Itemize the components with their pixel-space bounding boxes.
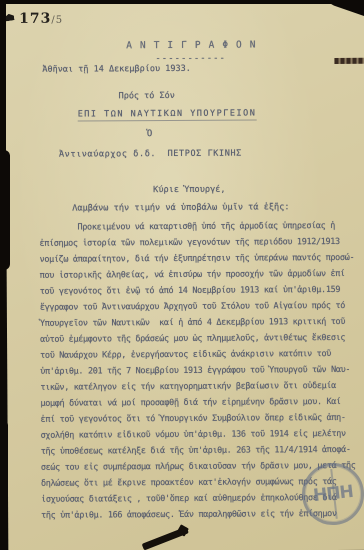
- document-text-line: ἔγγραφον τοῦ Ἀντιναυάρχου Ἀρχηγοῦ τοῦ Στ…: [40, 298, 358, 316]
- dateline: Ἀθῆναι τῇ 14 Δεκεμβρίου 1933.: [42, 64, 190, 75]
- scan-edge-left-blob: [0, 420, 8, 530]
- document-text-line: Ὑπουργεῖον τῶν Ναυτικῶν καί ἡ ἀπό 4 Δεκε…: [40, 314, 358, 332]
- document-text-line: μομφή δύναται νά μοί προσαφθῇ διά τήν εἰ…: [40, 394, 358, 412]
- scan-edge-top: [0, 0, 364, 4]
- reference-number-main: 173: [19, 11, 51, 27]
- reference-number: 173/5: [19, 11, 63, 27]
- sender-name: Ἀντιναύαρχος δ.δ. ΠΕΤΡΟΣ ΓΚΙΝΗΣ: [59, 149, 242, 160]
- document-text-line: τικῶν, κατέληγον εἰς τήν κατηγορηματικήν…: [40, 378, 358, 396]
- recipient-intro: Πρός τό Σόν: [119, 91, 175, 101]
- document-text-line: ἐπί τοῦ γεγονότος ὅτι τό Ὑπουργικόν Συμβ…: [40, 410, 358, 428]
- document-text-line: τοῦ Ναυάρχου Κέρρ, ἐνεργήσαντος εἰδικῶς …: [40, 346, 358, 364]
- document-title: ΑΝΤΙΓΡΑΦΟΝ: [126, 39, 263, 51]
- document-text-line: Προκειμένου νά καταρτισθῇ ὑπό τῆς ἁρμοδί…: [39, 218, 357, 236]
- document-text-line: νομίζω ἀπαραίτητον, διά τήν ἐξυπηρέτησιν…: [40, 250, 358, 268]
- right-margin-tape-mark: [334, 58, 364, 64]
- scan-edge-left-blob: [0, 150, 10, 270]
- archive-seal-monogram: ΗΠΗ: [312, 482, 354, 506]
- document-text-line: ὑπ'ἀριθμ. 201 τῆς 7 Νοεμβρίου 1913 ἐγγρά…: [40, 362, 358, 380]
- recipient-ministry: ΕΠΙ ΤΩΝ ΝΑΥΤΙΚΩΝ ΥΠΟΥΡΓΕΙΟΝ: [78, 108, 257, 121]
- document-text-line: σχολήθη κατόπιν εἰδικοῦ νόμου ὑπ'ἀριθμ. …: [41, 426, 359, 444]
- document-text-line: που ἱστορικῆς ἀληθείας, νά ἐπισύρω τήν π…: [40, 266, 358, 284]
- opening-line: Λαμβάνω τήν τιμήν νά ὑποβάλω ὑμῖν τά ἑξῆ…: [72, 202, 289, 213]
- document-text-line: αὐτοῦ ἐμέμφοντο τῆς δράσεώς μου ὡς πλημμ…: [40, 330, 358, 348]
- document-text-line: τοῦ γεγονότος ὅτι ἐνῷ τό ἀπό 14 Νοεμβρίο…: [40, 282, 358, 300]
- title-underline-rule: -----------: [155, 54, 226, 64]
- salutation: Κύριε Ὑπουργέ,: [153, 185, 225, 195]
- document-text-line: ἐπίσημος ἱστορία τῶν πολεμικῶν γεγονότων…: [39, 234, 357, 252]
- sender-article: Ὁ: [147, 129, 152, 139]
- reference-number-suffix: /5: [51, 15, 63, 26]
- document-text-line: τῆς ὑποθέσεως κατέληξε διά τῆς ὑπ'ἀριθμ.…: [41, 442, 359, 460]
- scanned-letter-page: 173/5 ΑΝΤΙΓΡΑΦΟΝ ----------- Ἀθῆναι τῇ 1…: [5, 1, 364, 550]
